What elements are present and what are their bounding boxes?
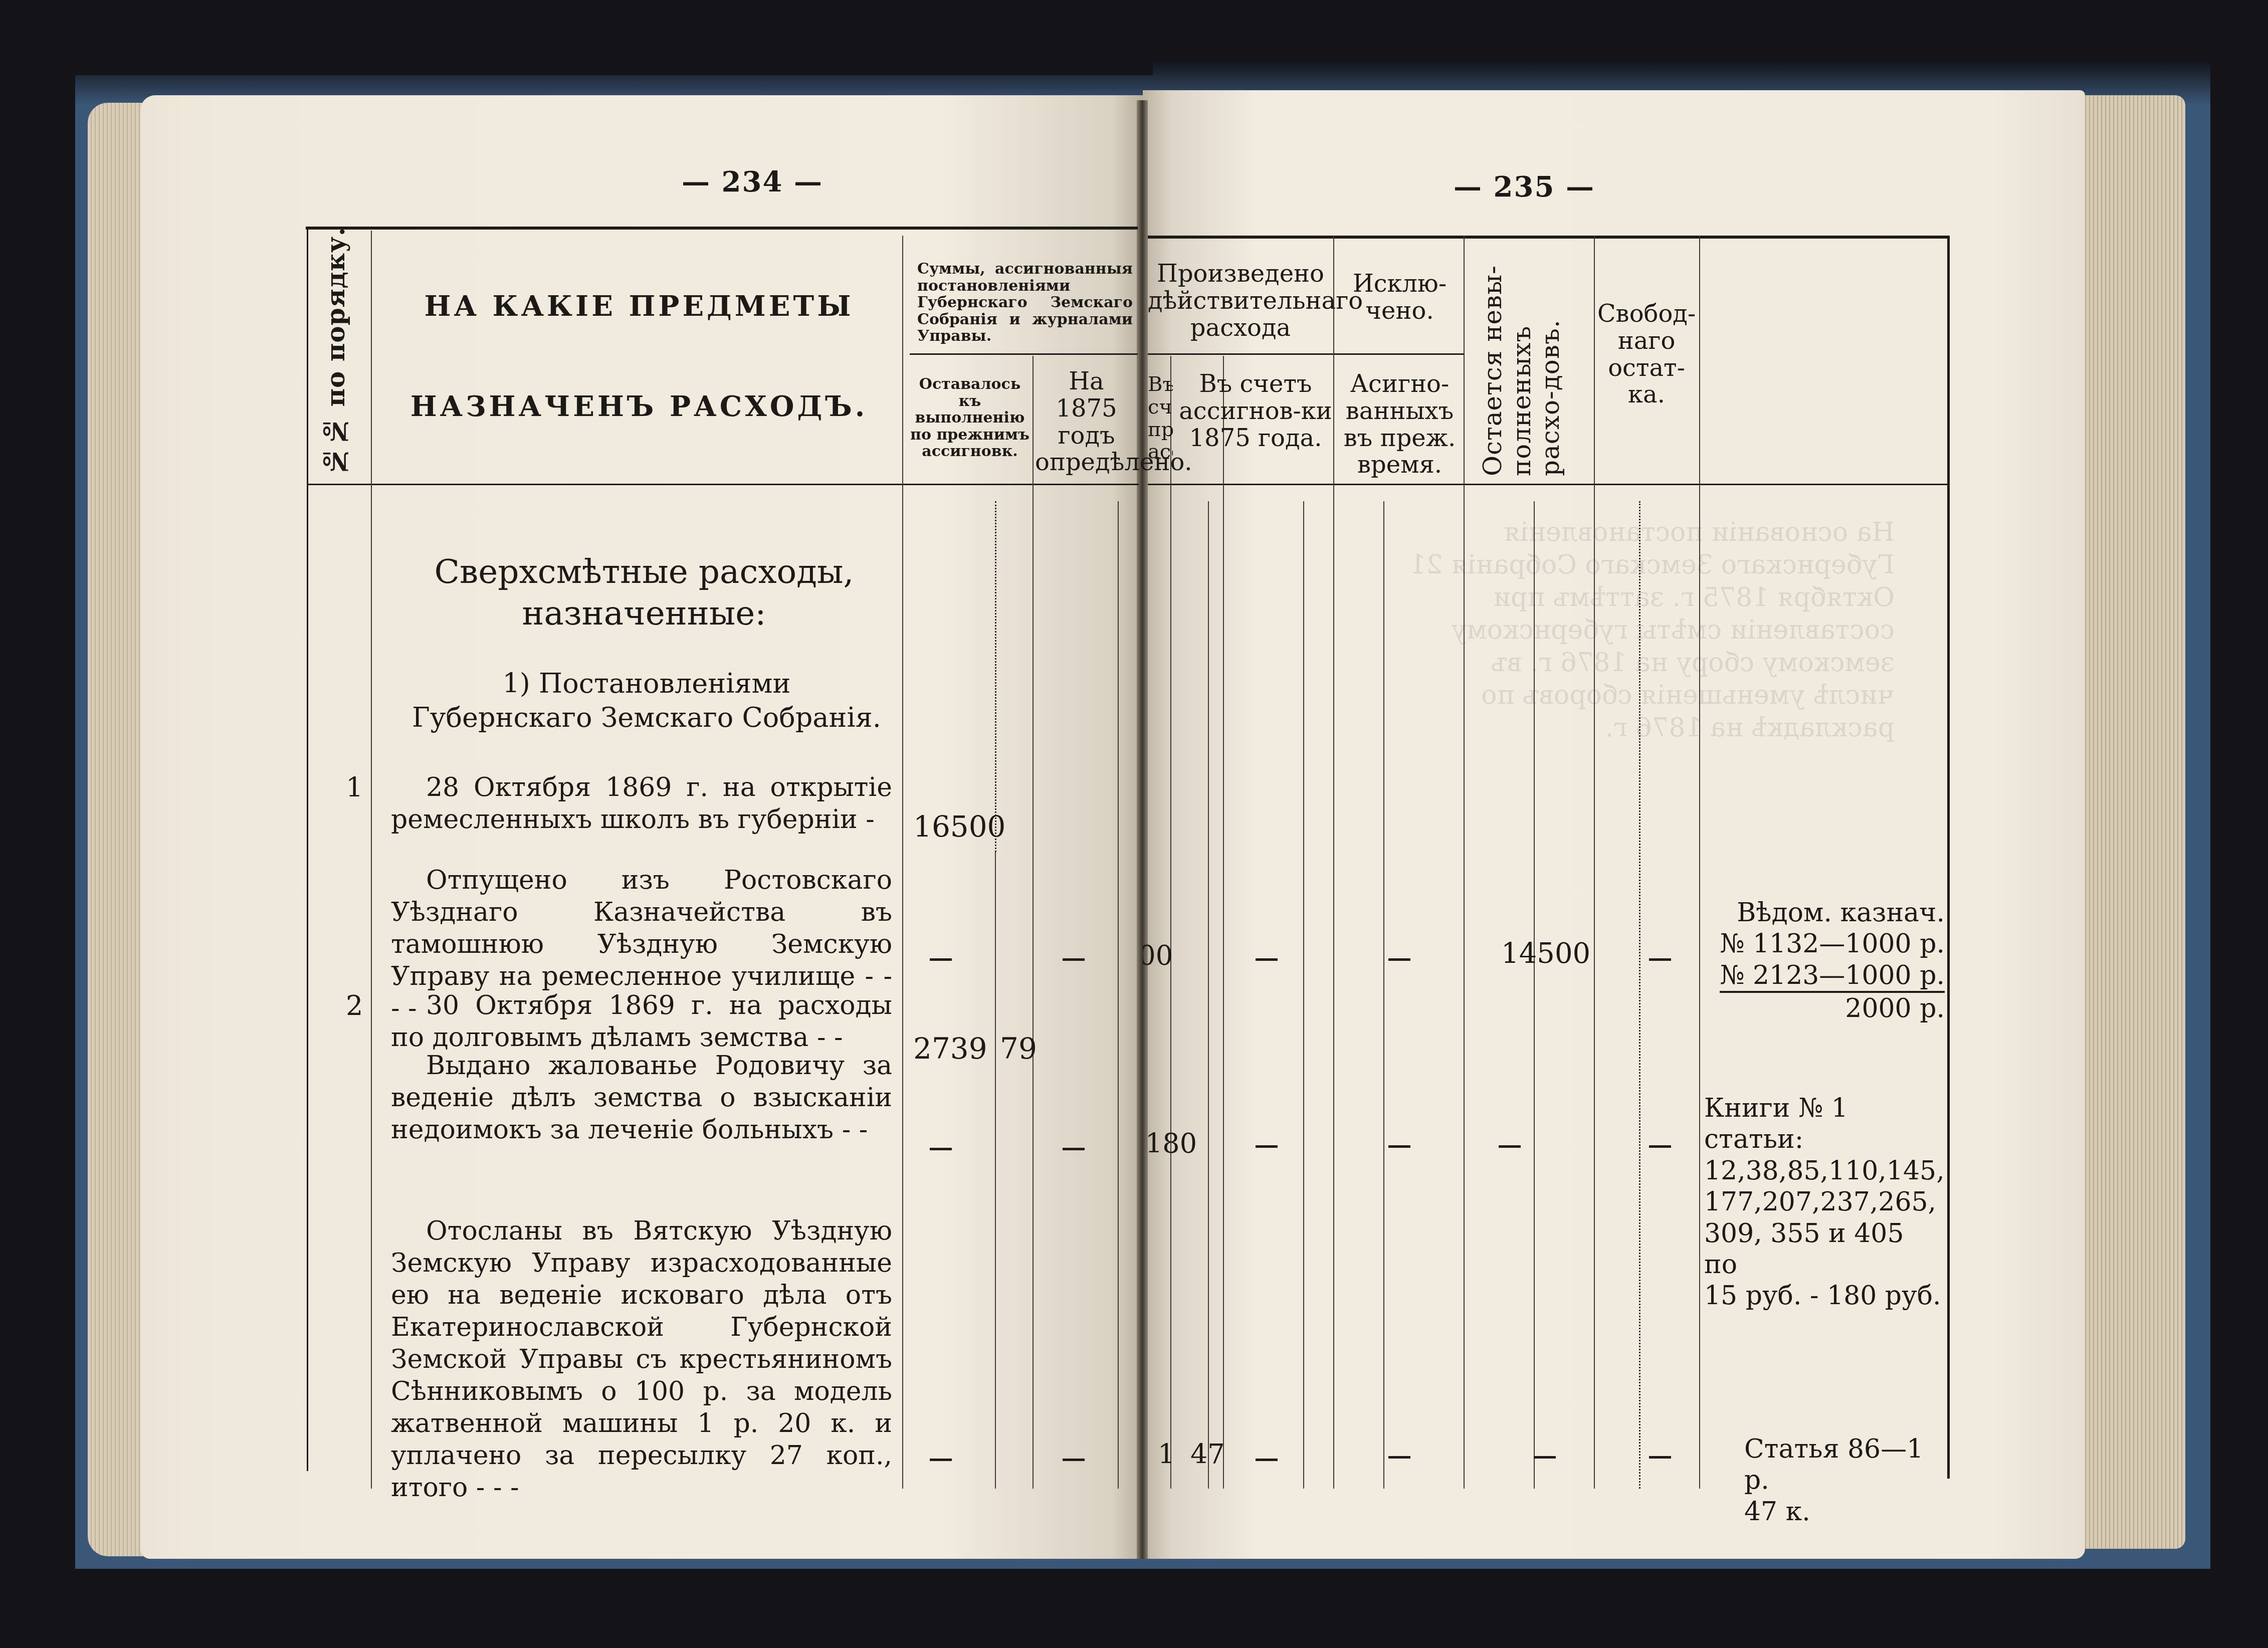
row-2-description: 30 Октября 1869 г. на расходы по долговы… [391,990,892,1054]
row-2-assigned-1875-dash [1063,1148,1085,1150]
header-bottom-rule-right [1148,484,1950,485]
table-left-border [307,228,308,1471]
col-divider-subject [902,236,903,1489]
table-top-rule-right [1148,236,1950,239]
section-title: Сверхсмѣтные расходы, назначенные: [391,551,897,634]
col-divider-free [1594,236,1595,1489]
page-edges-right [2070,95,2185,1549]
row-2-assigned-prev-dash [930,1148,952,1150]
row-2-detail: Выдано жалованье Родовичу за веденіе дѣл… [391,1050,892,1146]
row-1-actual-prev: 2000 [1143,940,1173,971]
table-right-border [1947,236,1950,1479]
row-1-assigned-prev: 16500 [913,809,1006,844]
row-2-note-line-5: 15 руб. - 180 руб. [1704,1280,1945,1311]
row-3-note-line-2: 47 к. [1744,1496,1945,1527]
row-1-assigned-prev-dash [930,958,952,961]
row-2-note-line-4: 309, 355 и 405 по [1704,1218,1945,1281]
header-excluded-prev: Асигно-ванныхъ въ преж. время. [1336,371,1464,479]
row-1-note-line-3: № 2123—1000 р. [1720,960,1945,993]
row-2-actual-1875-dash [1256,1145,1278,1148]
row-2-note-line-1: Книги № 1 статьи: [1704,1093,1945,1155]
header-subject-line1: НА КАКІЕ ПРЕДМЕТЫ [381,291,897,322]
row-2-assigned-prev-kop: 79 [1000,1032,1037,1066]
row-2-note-line-2: 12,38,85,110,145, [1704,1155,1945,1186]
row-1-note-total: 2000 р. [1704,993,1945,1024]
header-remaining: Остается невы-полненыхъ расхо-довъ. [1479,251,1544,476]
col-divider-actual-prev [1170,356,1171,1489]
assigned-group-rule [910,353,1138,355]
row-3-note: Статья 86—1 р. 47 к. [1744,1433,1945,1527]
col-divider-remaining [1464,236,1465,1489]
header-actual-group: Произведено дѣйствительнаго расхода [1148,261,1333,341]
row-2-note-line-3: 177,207,237,265, [1704,1186,1945,1217]
row-3-detail: Отосланы въ Вятскую Уѣздную Земскую Упра… [391,1215,892,1504]
row-1-description: 28 Октября 1869 г. на открытіе ремесленн… [391,772,892,836]
row-1-note: Вѣдом. казнач. № 1132—1000 р. № 2123—100… [1704,897,1945,1024]
kop-divider-solid [995,852,996,1489]
col-divider-assigned [1033,356,1034,1489]
kop-divider [995,501,996,852]
row-2-actual-prev: 180 [1145,1128,1197,1159]
kop-divider-r2 [1303,501,1304,1489]
row-1-note-line-1: Вѣдом. казнач. [1704,897,1945,928]
book-spine-gutter [1137,100,1148,1559]
row-2-note: Книги № 1 статьи: 12,38,85,110,145, 177,… [1704,1093,1945,1312]
header-order-no: №№ по порядку. [321,246,350,476]
row-1-remaining: 14500 [1501,937,1590,970]
col-divider-notes [1699,236,1700,1489]
header-free-balance: Свобод-наго остат-ка. [1596,301,1697,408]
row-3-actual-prev-rub: 1 [1158,1438,1175,1470]
row-1-free-dash [1649,958,1671,961]
row-1-actual-1875-dash [1256,958,1278,961]
header-assigned-group: Суммы, ассигнованныя постановленіями Губ… [917,261,1133,345]
row-3-excluded-dash [1388,1456,1410,1459]
kop-divider-r5 [1639,501,1640,1489]
row-3-free-dash [1649,1456,1671,1459]
row-3-note-line-1: Статья 86—1 р. [1744,1433,1945,1496]
col-divider-order [371,231,372,1489]
row-3-actual-prev-kop: 47 [1190,1438,1225,1470]
kop-divider-r4 [1534,501,1535,1489]
excluded-group-rule [1336,353,1464,355]
row-3-remaining-dash [1534,1456,1556,1459]
row-2-assigned-prev-rub: 2739 [913,1032,987,1066]
row-2-number: 2 [346,990,363,1021]
row-3-assigned-prev-dash [930,1459,952,1461]
row-2-excluded-dash [1388,1145,1410,1148]
row-3-assigned-1875-dash [1063,1459,1085,1461]
kop-divider-2 [1118,501,1119,1489]
row-2-remaining-dash [1499,1145,1521,1148]
subsection-title: 1) Постановленіями Губернскаго Земскаго … [411,667,882,734]
show-through-text: На основаніи постановленія Губернскаго З… [1403,516,1895,744]
row-1-excluded-dash [1388,958,1410,961]
page-number-left: — 234 — [682,165,823,198]
row-1-number: 1 [346,772,363,803]
header-bottom-rule-left [307,484,1139,485]
header-excluded-group: Исклю-чено. [1336,271,1464,325]
kop-divider-r1 [1208,501,1209,1489]
page-number-right: — 235 — [1454,170,1595,203]
kop-divider-r3 [1383,501,1384,1489]
header-assigned-prev: Оставалось къ выполненію по прежнимъ асс… [910,376,1030,460]
col-divider-actual-1875 [1223,356,1224,1489]
table-top-rule-left [306,227,1138,230]
row-1-assigned-1875-dash [1063,958,1085,961]
row-2-free-dash [1649,1145,1671,1148]
header-actual-1875: Въ счетъ ассигнов-ки 1875 года. [1175,371,1336,452]
header-assigned-1875: На 1875 годъ опредѣлено. [1035,368,1138,476]
header-subject-line2: НАЗНАЧЕНЪ РАСХОДЪ. [381,391,897,423]
row-3-actual-1875-dash [1256,1459,1278,1461]
row-1-note-line-2: № 1132—1000 р. [1704,928,1945,959]
header-actual-prev: Въ счетъ прежн. ассигн. [1148,373,1173,463]
